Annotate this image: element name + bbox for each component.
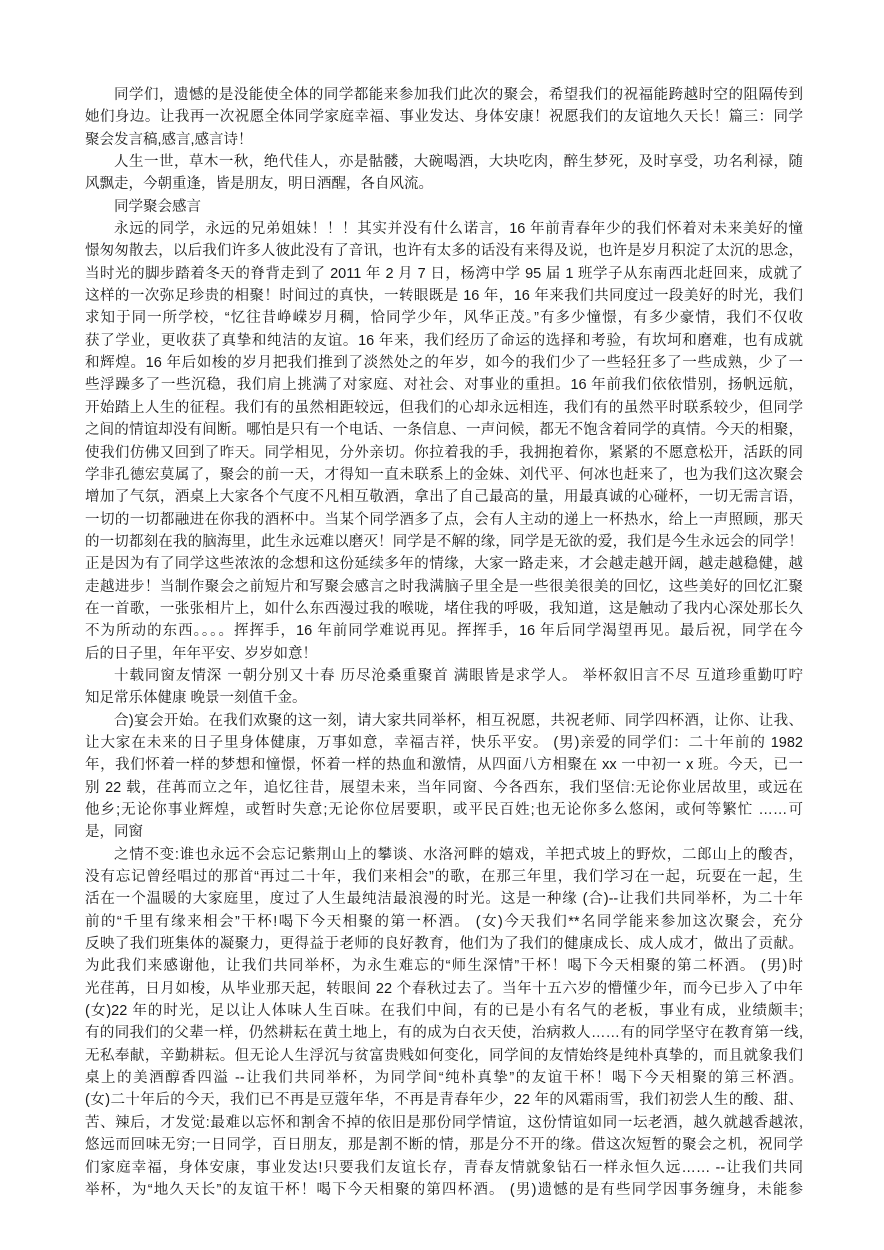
text-line: 不为所动的东西。。。。挥挥手，16 年前同学难说再见。挥挥手，16 年后同学渴望… xyxy=(85,620,803,642)
text-line: (女)22 年的时光，足以让人体味人生百味。在我们中间，有的已是小有名气的老板，… xyxy=(85,1000,803,1022)
text-line: 让大家在未来的日子里身体健康，万事如意，幸福吉祥，快乐平安。 (男)亲爱的同学们… xyxy=(85,732,803,754)
text-line: 当时光的脚步踏着冬天的脊背走到了 2011 年 2 月 7 日，杨湾中学 95 … xyxy=(85,263,803,285)
text-line: 的一切都刻在我的脑海里，此生永远难以磨灭！同学是不解的缘，同学是无欲的爱，我们是… xyxy=(85,531,803,553)
text-line: 无私奉献，辛勤耕耘。但无论人生浮沉与贫富贵贱如何变化，同学间的友情始终是纯朴真挚… xyxy=(85,1045,803,1067)
text-line: 憬匆匆散去，以后我们许多人彼此没有了音讯，也许有太多的话没有来得及说，也许是岁月… xyxy=(85,240,803,262)
document-text: 同学们，遗憾的是没能使全体的同学都能来参加我们此次的聚会，希望我们的祝福能跨越时… xyxy=(85,84,803,1201)
text-line: 他乡;无论你事业辉煌，或暂时失意;无论你位居要职，或平民百姓;也无论你多么悠闲，… xyxy=(85,799,803,821)
text-line: 她们身边。让我再一次祝愿全体同学家庭幸福、事业发达、身体安康！祝愿我们的友谊地久… xyxy=(85,106,803,128)
text-line: 为此我们来感谢他，让我们共同举杯，为永生难忘的“师生深情”干杯！喝下今天相聚的第… xyxy=(85,955,803,977)
text-line: 年，我们怀着一样的梦想和憧憬，怀着一样的热血和激情，从四面八方相聚在 xx 一中… xyxy=(85,754,803,776)
text-line: 知足常乐体健康 晚景一刻值千金。 xyxy=(85,687,803,709)
text-line: 桌上的美酒醇香四溢 --让我们共同举杯，为同学间“纯朴真挚”的友谊干杯！喝下今天… xyxy=(85,1067,803,1089)
text-line: 们家庭幸福，身体安康，事业发达!只要我们友谊长存，青春友情就象钻石一样永恒久远…… xyxy=(85,1157,803,1179)
text-line: 开始踏上人生的征程。我们有的虽然相距较远，但我们的心却永远相连，我们有的虽然平时… xyxy=(85,397,803,419)
text-line: 十载同窗友情深 一朝分别又十春 历尽沧桑重聚首 满眼皆是求学人。 举杯叙旧言不尽… xyxy=(85,665,803,687)
text-line: 后的日子里，年年平安、岁岁如意！ xyxy=(85,643,803,665)
text-line: 风飘走，今朝重逢，皆是朋友，明日酒醒，各自风流。 xyxy=(85,173,803,195)
text-line: 别 22 载，荏苒而立之年，追忆往昔，展望未来，当年同窗、今各西东，我们坚信:无… xyxy=(85,777,803,799)
text-line: 人生一世，草木一秋，绝代佳人，亦是骷髅，大碗喝酒，大块吃肉，醉生梦死，及时享受，… xyxy=(85,151,803,173)
text-line: 学非孔德宏莫属了，聚会的前一天，才得知一直未联系上的金妹、刘代平、何冰也赶来了，… xyxy=(85,464,803,486)
text-line: 聚会发言稿,感言,感言诗！ xyxy=(85,129,803,151)
text-line: 正是因为有了同学这些浓浓的念想和这份延续多年的情缘，大家一路走来，才会越走越开阔… xyxy=(85,553,803,575)
text-line: 有的同我们的父辈一样，仍然耕耘在黄土地上，有的成为白衣天使，治病救人……有的同学… xyxy=(85,1022,803,1044)
text-line: 活在一个温暖的大家庭里，度过了人生最纯洁最浪漫的时光。这是一种缘 (合)--让我… xyxy=(85,888,803,910)
text-line: 合)宴会开始。在我们欢聚的这一刻，请大家共同举杯，相互祝愿，共祝老师、同学四杯酒… xyxy=(85,710,803,732)
text-line: 之情不变:谁也永远不会忘记紫荆山上的攀谈、水洛河畔的嬉戏，羊把式坡上的野炊，二郎… xyxy=(85,844,803,866)
text-line: 些浮躁多了一些沉稳，我们肩上挑满了对家庭、对社会、对事业的重担。16 年前我们依… xyxy=(85,374,803,396)
text-line: 永远的同学，永远的兄弟姐妹！！！其实并没有什么诺言，16 年前青春年少的我们怀着… xyxy=(85,218,803,240)
text-line: 同学们，遗憾的是没能使全体的同学都能来参加我们此次的聚会，希望我们的祝福能跨越时… xyxy=(85,84,803,106)
text-line: 增加了气氛，酒桌上大家各个气度不凡相互敬酒，拿出了自己最高的量，用最真诚的心碰杯… xyxy=(85,486,803,508)
text-line: 苦、辣后，才发觉:最难以忘怀和割舍不掉的依旧是那份同学情谊，这份情谊如同一坛老酒… xyxy=(85,1112,803,1134)
text-line: 没有忘记曾经唱过的那首“再过二十年，我们来相会”的歌，在那三年里，我们学习在一起… xyxy=(85,866,803,888)
text-line: 同学聚会感言 xyxy=(85,196,803,218)
text-line: 一切的一切都融进在你我的酒杯中。当某个同学酒多了点，会有人主动的递上一杯热水，给… xyxy=(85,509,803,531)
text-line: 求知于同一所学校，“忆往昔峥嵘岁月稠，恰同学少年，风华正茂。”有多少憧憬，有多少… xyxy=(85,307,803,329)
text-line: 悠远而回味无穷;一日同学，百日朋友，那是割不断的情，那是分不开的缘。借这次短暂的… xyxy=(85,1134,803,1156)
text-line: 和辉煌。16 年后如梭的岁月把我们推到了淡然处之的年岁，如今的我们少了一些轻狂多… xyxy=(85,352,803,374)
text-line: 在一首歌，一张张相片上，如什么东西漫过我的喉咙，堵住我的呼吸，我知道，这是触动了… xyxy=(85,598,803,620)
text-line: 之间的情谊却没有间断。哪怕是只有一个电话、一条信息、一声问候，都无不饱含着同学的… xyxy=(85,419,803,441)
text-line: 光荏苒，日月如梭，从毕业那天起，转眼间 22 个春秋过去了。当年十五六岁的懵懂少… xyxy=(85,978,803,1000)
text-line: 是，同窗 xyxy=(85,821,803,843)
text-line: (女)二十年后的今天，我们已不再是豆蔻年华，不再是青春年少，22 年的风霜雨雪，… xyxy=(85,1089,803,1111)
text-line: 举杯，为“地久天长”的友谊干杯！喝下今天相聚的第四杯酒。 (男)遗憾的是有些同学… xyxy=(85,1179,803,1201)
text-line: 获了学业，更收获了真挚和纯洁的友谊。16 年来，我们经历了命运的选择和考验，有坎… xyxy=(85,330,803,352)
text-line: 走越进步！当制作聚会之前短片和写聚会感言之时我满脑子里全是一些很美很美的回忆，这… xyxy=(85,576,803,598)
text-line: 使我们仿佛又回到了昨天。同学相见，分外亲切。你拉着我的手，我拥抱着你，紧紧的不愿… xyxy=(85,442,803,464)
text-line: 这样的一次弥足珍贵的相聚！时间过的真快，一转眼既是 16 年，16 年来我们共同… xyxy=(85,285,803,307)
text-line: 前的“千里有缘来相会”干杯!喝下今天相聚的第一杯酒。 (女)今天我们**名同学能… xyxy=(85,911,803,933)
text-line: 反映了我们班集体的凝聚力，更得益于老师的良好教育，他们为了我们的健康成长、成人成… xyxy=(85,933,803,955)
document-page: 同学们，遗憾的是没能使全体的同学都能来参加我们此次的聚会，希望我们的祝福能跨越时… xyxy=(0,0,884,1250)
